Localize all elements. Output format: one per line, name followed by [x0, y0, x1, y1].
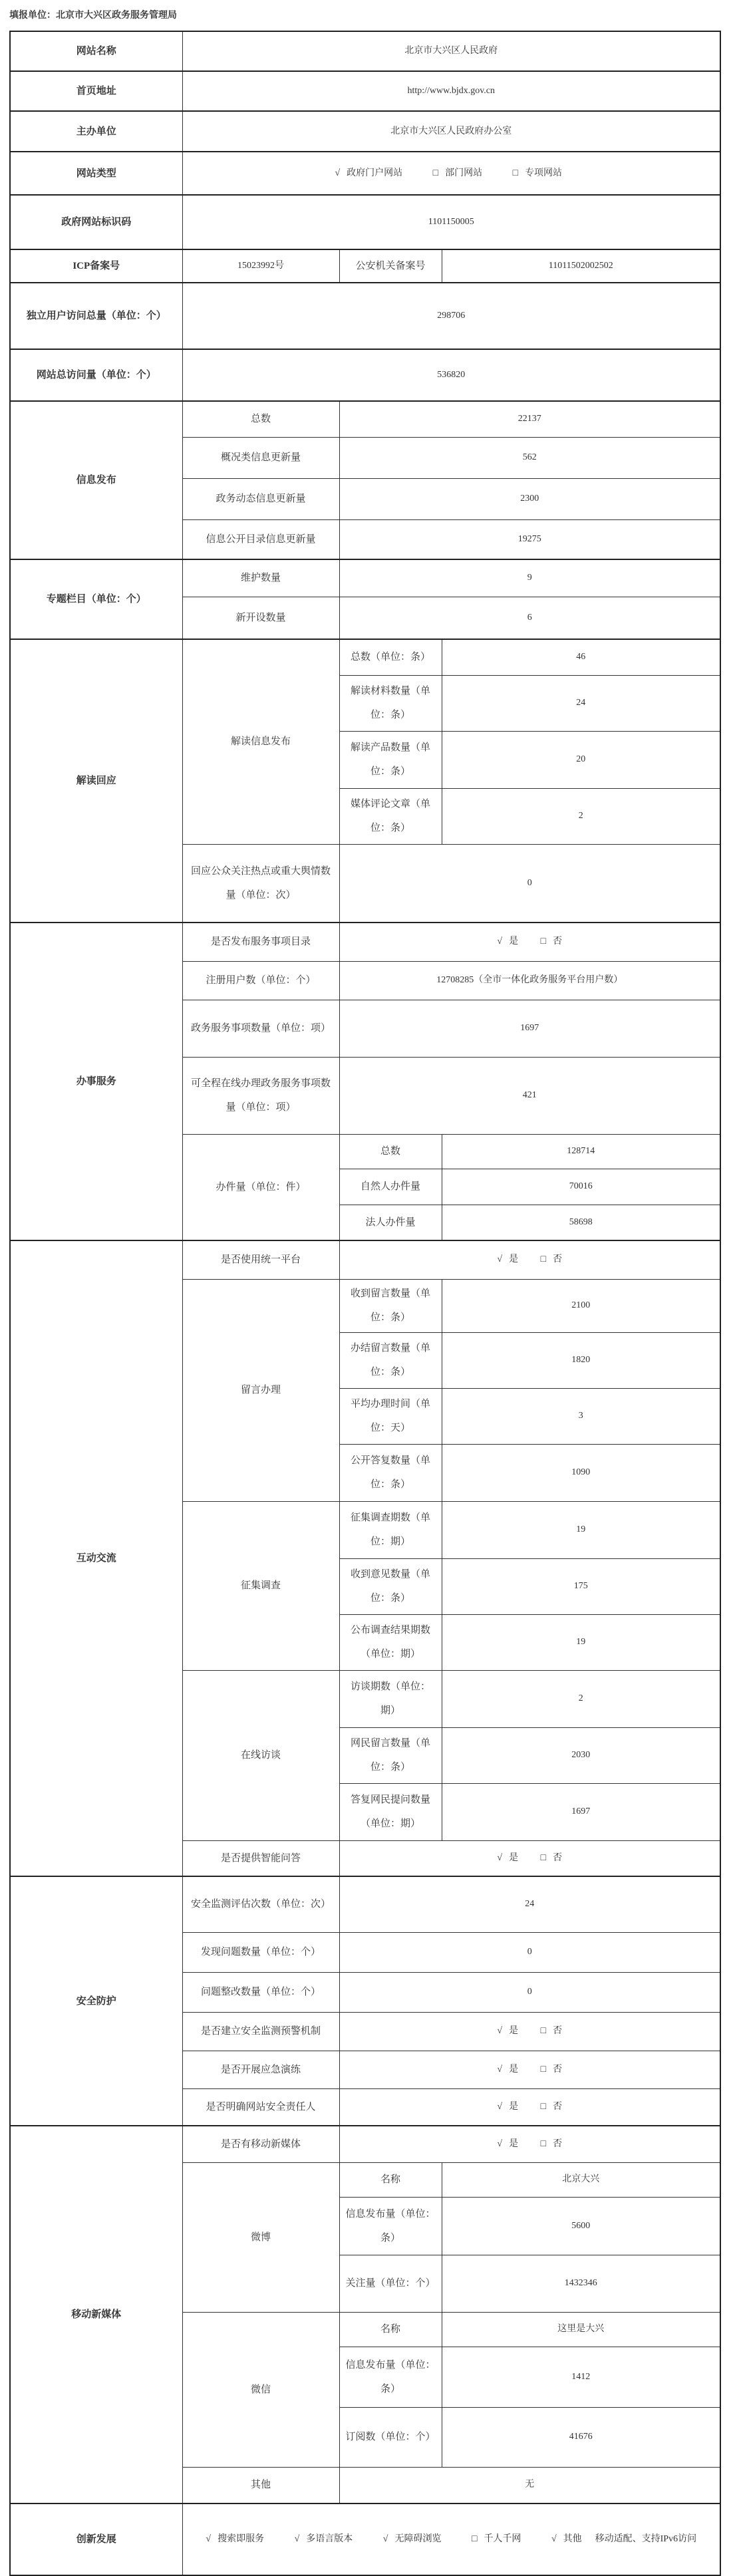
sub-label: 关注量（单位：个）: [339, 2255, 442, 2312]
row-unified-platform: 互动交流 是否使用统一平台 √是 □否: [10, 1240, 720, 1279]
cell-value: 无: [339, 2467, 720, 2504]
sub-label: 信息公开目录信息更新量: [182, 519, 339, 559]
section-label-interaction: 互动交流: [10, 1240, 182, 1876]
row-security-assess: 安全防护 安全监测评估次数（单位：次） 24: [10, 1876, 720, 1932]
cell-value: 0: [339, 844, 720, 923]
sub-label: 平均办理时间（单位：天）: [339, 1388, 442, 1444]
checkbox-checked-icon: √: [497, 1248, 502, 1271]
checkbox-checked-icon: √: [335, 162, 340, 185]
cell-value: 58698: [442, 1205, 720, 1240]
sub-label: 公开答复数量（单位：条）: [339, 1444, 442, 1501]
checkbox-unchecked-icon: □: [541, 2096, 546, 2118]
section-label-special-columns: 专题栏目（单位：个）: [10, 559, 182, 639]
value-site-type: √政府门户网站 □部门网站 □专项网站: [182, 152, 720, 195]
cell-value: 24: [339, 1876, 720, 1932]
cell-value: 421: [339, 1057, 720, 1134]
group-label-interpretation-release: 解读信息发布: [182, 639, 339, 844]
cell-value: 12708285（全市一体化政务服务平台用户数）: [339, 961, 720, 1000]
yes-label: 是: [509, 2139, 518, 2149]
row-services-catalog: 办事服务 是否发布服务事项目录 √是 □否: [10, 923, 720, 961]
cell-value: 1820: [442, 1332, 720, 1388]
sub-label: 回应公众关注热点或重大舆情数量（单位：次）: [182, 844, 339, 923]
sub-label: 法人办件量: [339, 1205, 442, 1240]
sub-label: 收到留言数量（单位：条）: [339, 1279, 442, 1332]
yes-label: 是: [509, 2026, 518, 2036]
sub-label: 是否提供智能问答: [182, 1840, 339, 1876]
section-label-info-release: 信息发布: [10, 401, 182, 559]
sub-label: 名称: [339, 2162, 442, 2197]
sub-label: 是否有移动新媒体: [182, 2126, 339, 2162]
no-label: 否: [553, 2139, 562, 2149]
label-icp: ICP备案号: [10, 249, 182, 283]
cell-value: 9: [339, 559, 720, 597]
cell-value: 1090: [442, 1444, 720, 1501]
checkbox-checked-icon: √: [497, 2020, 502, 2043]
label-home-url: 首页地址: [10, 71, 182, 111]
section-label-services: 办事服务: [10, 923, 182, 1240]
row-info-release-total: 信息发布 总数 22137: [10, 401, 720, 437]
no-label: 否: [553, 1853, 562, 1863]
yes-label: 是: [509, 2102, 518, 2112]
cell-value: 1697: [442, 1783, 720, 1840]
row-special-maintained: 专题栏目（单位：个） 维护数量 9: [10, 559, 720, 597]
sub-label: 收到意见数量（单位：条）: [339, 1558, 442, 1614]
yes-no-value: √是 □否: [339, 1840, 720, 1876]
sub-label: 答复网民提问数量（单位：期）: [339, 1783, 442, 1840]
sub-label: 发现问题数量（单位：个）: [182, 1932, 339, 1972]
row-innovation: 创新发展 √搜索即服务 √多语言版本 √无障碍浏览 □千人千网 √其他移动适配、…: [10, 2504, 720, 2575]
sub-label: 问题整改数量（单位：个）: [182, 1972, 339, 2012]
cell-value: 19: [442, 1614, 720, 1670]
label-site-type: 网站类型: [10, 152, 182, 195]
cell-value: 22137: [339, 401, 720, 437]
row-total-visits: 网站总访问量（单位：个） 536820: [10, 349, 720, 401]
yes-label: 是: [509, 1853, 518, 1863]
cell-value: 6: [339, 597, 720, 639]
cell-value: 2: [442, 1670, 720, 1727]
checkbox-unchecked-icon: □: [541, 930, 546, 953]
label-site-name: 网站名称: [10, 31, 182, 71]
yes-no-value: √是 □否: [339, 2051, 720, 2088]
label-organizer: 主办单位: [10, 111, 182, 152]
section-label-innovation: 创新发展: [10, 2504, 182, 2575]
no-label: 否: [553, 2102, 562, 2112]
sub-label: 网民留言数量（单位：条）: [339, 1727, 442, 1783]
checkbox-unchecked-icon: □: [541, 2020, 546, 2043]
cell-value: 2: [442, 788, 720, 844]
yes-no-value: √是 □否: [339, 1240, 720, 1279]
group-label-surveys: 征集调查: [182, 1501, 339, 1670]
checkbox-checked-icon: √: [551, 2528, 557, 2551]
value-site-name: 北京市大兴区人民政府: [182, 31, 720, 71]
option-label: 部门网站: [445, 162, 482, 185]
checkbox-checked-icon: √: [497, 2096, 502, 2118]
group-label-messages: 留言办理: [182, 1279, 339, 1501]
cell-value: 这里是大兴: [442, 2312, 720, 2347]
sub-label: 是否明确网站安全责任人: [182, 2088, 339, 2126]
cell-value: 1697: [339, 1000, 720, 1057]
sub-label: 新开设数量: [182, 597, 339, 639]
sub-label: 是否建立安全监测预警机制: [182, 2012, 339, 2051]
sub-label: 公布调查结果期数（单位：期）: [339, 1614, 442, 1670]
row-has-media: 移动新媒体 是否有移动新媒体 √是 □否: [10, 2126, 720, 2162]
sub-label: 维护数量: [182, 559, 339, 597]
cell-value: 46: [442, 639, 720, 675]
row-site-name: 网站名称 北京市大兴区人民政府: [10, 31, 720, 71]
sub-label: 总数: [339, 1134, 442, 1169]
cell-value: 175: [442, 1558, 720, 1614]
checkbox-unchecked-icon: □: [541, 1248, 546, 1271]
no-label: 否: [553, 936, 562, 946]
label-unique-visitors: 独立用户访问总量（单位：个）: [10, 283, 182, 349]
no-label: 否: [553, 1254, 562, 1264]
sub-label: 信息发布量（单位：条）: [339, 2197, 442, 2255]
section-label-new-media: 移动新媒体: [10, 2126, 182, 2504]
label-police-record: 公安机关备案号: [339, 249, 442, 283]
checkbox-checked-icon: √: [497, 930, 502, 953]
no-label: 否: [553, 2026, 562, 2036]
cell-value: 2100: [442, 1279, 720, 1332]
cell-value: 2030: [442, 1727, 720, 1783]
checkbox-unchecked-icon: □: [433, 162, 438, 185]
checkbox-unchecked-icon: □: [541, 2133, 546, 2156]
group-label-interviews: 在线访谈: [182, 1670, 339, 1840]
sub-label: 媒体评论文章（单位：条）: [339, 788, 442, 844]
sub-label: 注册用户数（单位：个）: [182, 961, 339, 1000]
yes-no-value: √是 □否: [339, 923, 720, 961]
row-site-code: 政府网站标识码 1101150005: [10, 195, 720, 249]
cell-value: 0: [339, 1972, 720, 2012]
option-label: 无障碍浏览: [394, 2528, 441, 2551]
value-home-url: http://www.bjdx.gov.cn: [182, 71, 720, 111]
value-site-code: 1101150005: [182, 195, 720, 249]
annual-report-table: 网站名称 北京市大兴区人民政府 首页地址 http://www.bjdx.gov…: [9, 31, 721, 2576]
group-label-wechat: 微信: [182, 2312, 339, 2467]
no-label: 否: [553, 2065, 562, 2075]
checkbox-checked-icon: √: [383, 2528, 388, 2551]
yes-label: 是: [509, 936, 518, 946]
cell-value: 19: [442, 1501, 720, 1558]
checkbox-checked-icon: √: [295, 2528, 300, 2551]
section-label-interpretation: 解读回应: [10, 639, 182, 923]
sub-label: 办结留言数量（单位：条）: [339, 1332, 442, 1388]
checkbox-checked-icon: √: [206, 2528, 211, 2551]
yes-no-value: √是 □否: [339, 2126, 720, 2162]
value-total-visits: 536820: [182, 349, 720, 401]
sub-label: 政务动态信息更新量: [182, 478, 339, 519]
cell-value: 41676: [442, 2407, 720, 2467]
checkbox-unchecked-icon: □: [541, 2059, 546, 2081]
value-unique-visitors: 298706: [182, 283, 720, 349]
sub-label: 可全程在线办理政务服务事项数量（单位：项）: [182, 1057, 339, 1134]
option-label: 千人千网: [484, 2528, 521, 2551]
yes-label: 是: [509, 1254, 518, 1264]
row-home-url: 首页地址 http://www.bjdx.gov.cn: [10, 71, 720, 111]
group-label-weibo: 微博: [182, 2162, 339, 2312]
value-police-record: 11011502002502: [442, 249, 720, 283]
value-organizer: 北京市大兴区人民政府办公室: [182, 111, 720, 152]
cell-value: 19275: [339, 519, 720, 559]
row-icp: ICP备案号 15023992号 公安机关备案号 11011502002502: [10, 249, 720, 283]
sub-label: 是否使用统一平台: [182, 1240, 339, 1279]
innovation-other-note: 移动适配、支持IPv6访问: [595, 2528, 696, 2551]
sub-label: 自然人办件量: [339, 1169, 442, 1205]
yes-no-value: √是 □否: [339, 2088, 720, 2126]
innovation-options: √搜索即服务 √多语言版本 √无障碍浏览 □千人千网 √其他移动适配、支持IPv…: [182, 2504, 720, 2575]
label-site-code: 政府网站标识码: [10, 195, 182, 249]
option-label: 政府门户网站: [347, 162, 402, 185]
sub-label: 访谈期数（单位：期）: [339, 1670, 442, 1727]
sub-label: 解读产品数量（单位：条）: [339, 731, 442, 788]
sub-label: 是否发布服务事项目录: [182, 923, 339, 961]
sub-label: 概况类信息更新量: [182, 437, 339, 478]
cell-value: 0: [339, 1932, 720, 1972]
checkbox-checked-icon: √: [497, 2133, 502, 2156]
sub-label: 其他: [182, 2467, 339, 2504]
yes-no-value: √是 □否: [339, 2012, 720, 2051]
sub-label: 解读材料数量（单位：条）: [339, 675, 442, 731]
cell-value: 24: [442, 675, 720, 731]
cell-value: 70016: [442, 1169, 720, 1205]
group-label-transactions: 办件量（单位：件）: [182, 1134, 339, 1240]
row-interp-total: 解读回应 解读信息发布 总数（单位：条） 46: [10, 639, 720, 675]
checkbox-unchecked-icon: □: [472, 2528, 477, 2551]
sub-label: 是否开展应急演练: [182, 2051, 339, 2088]
option-label: 其他: [563, 2528, 582, 2551]
cell-value: 20: [442, 731, 720, 788]
cell-value: 1412: [442, 2347, 720, 2407]
yes-label: 是: [509, 2065, 518, 2075]
sub-label: 总数: [182, 401, 339, 437]
sub-label: 信息发布量（单位：条）: [339, 2347, 442, 2407]
cell-value: 562: [339, 437, 720, 478]
cell-value: 1432346: [442, 2255, 720, 2312]
section-label-security: 安全防护: [10, 1876, 182, 2126]
sub-label: 安全监测评估次数（单位：次）: [182, 1876, 339, 1932]
report-unit-header: 填报单位：北京市大兴区政务服务管理局: [9, 8, 729, 21]
cell-value: 128714: [442, 1134, 720, 1169]
checkbox-checked-icon: √: [497, 1847, 502, 1870]
option-label: 搜索即服务: [218, 2528, 264, 2551]
sub-label: 名称: [339, 2312, 442, 2347]
cell-value: 2300: [339, 478, 720, 519]
sub-label: 征集调查期数（单位：期）: [339, 1501, 442, 1558]
row-site-type: 网站类型 √政府门户网站 □部门网站 □专项网站: [10, 152, 720, 195]
row-unique-visitors: 独立用户访问总量（单位：个） 298706: [10, 283, 720, 349]
checkbox-unchecked-icon: □: [541, 1847, 546, 1870]
checkbox-checked-icon: √: [497, 2059, 502, 2081]
sub-label: 总数（单位：条）: [339, 639, 442, 675]
label-total-visits: 网站总访问量（单位：个）: [10, 349, 182, 401]
cell-value: 北京大兴: [442, 2162, 720, 2197]
sub-label: 订阅数（单位：个）: [339, 2407, 442, 2467]
cell-value: 3: [442, 1388, 720, 1444]
option-label: 专项网站: [525, 162, 562, 185]
value-icp: 15023992号: [182, 249, 339, 283]
row-organizer: 主办单位 北京市大兴区人民政府办公室: [10, 111, 720, 152]
cell-value: 5600: [442, 2197, 720, 2255]
option-label: 多语言版本: [306, 2528, 353, 2551]
sub-label: 政务服务事项数量（单位：项）: [182, 1000, 339, 1057]
checkbox-unchecked-icon: □: [513, 162, 518, 185]
